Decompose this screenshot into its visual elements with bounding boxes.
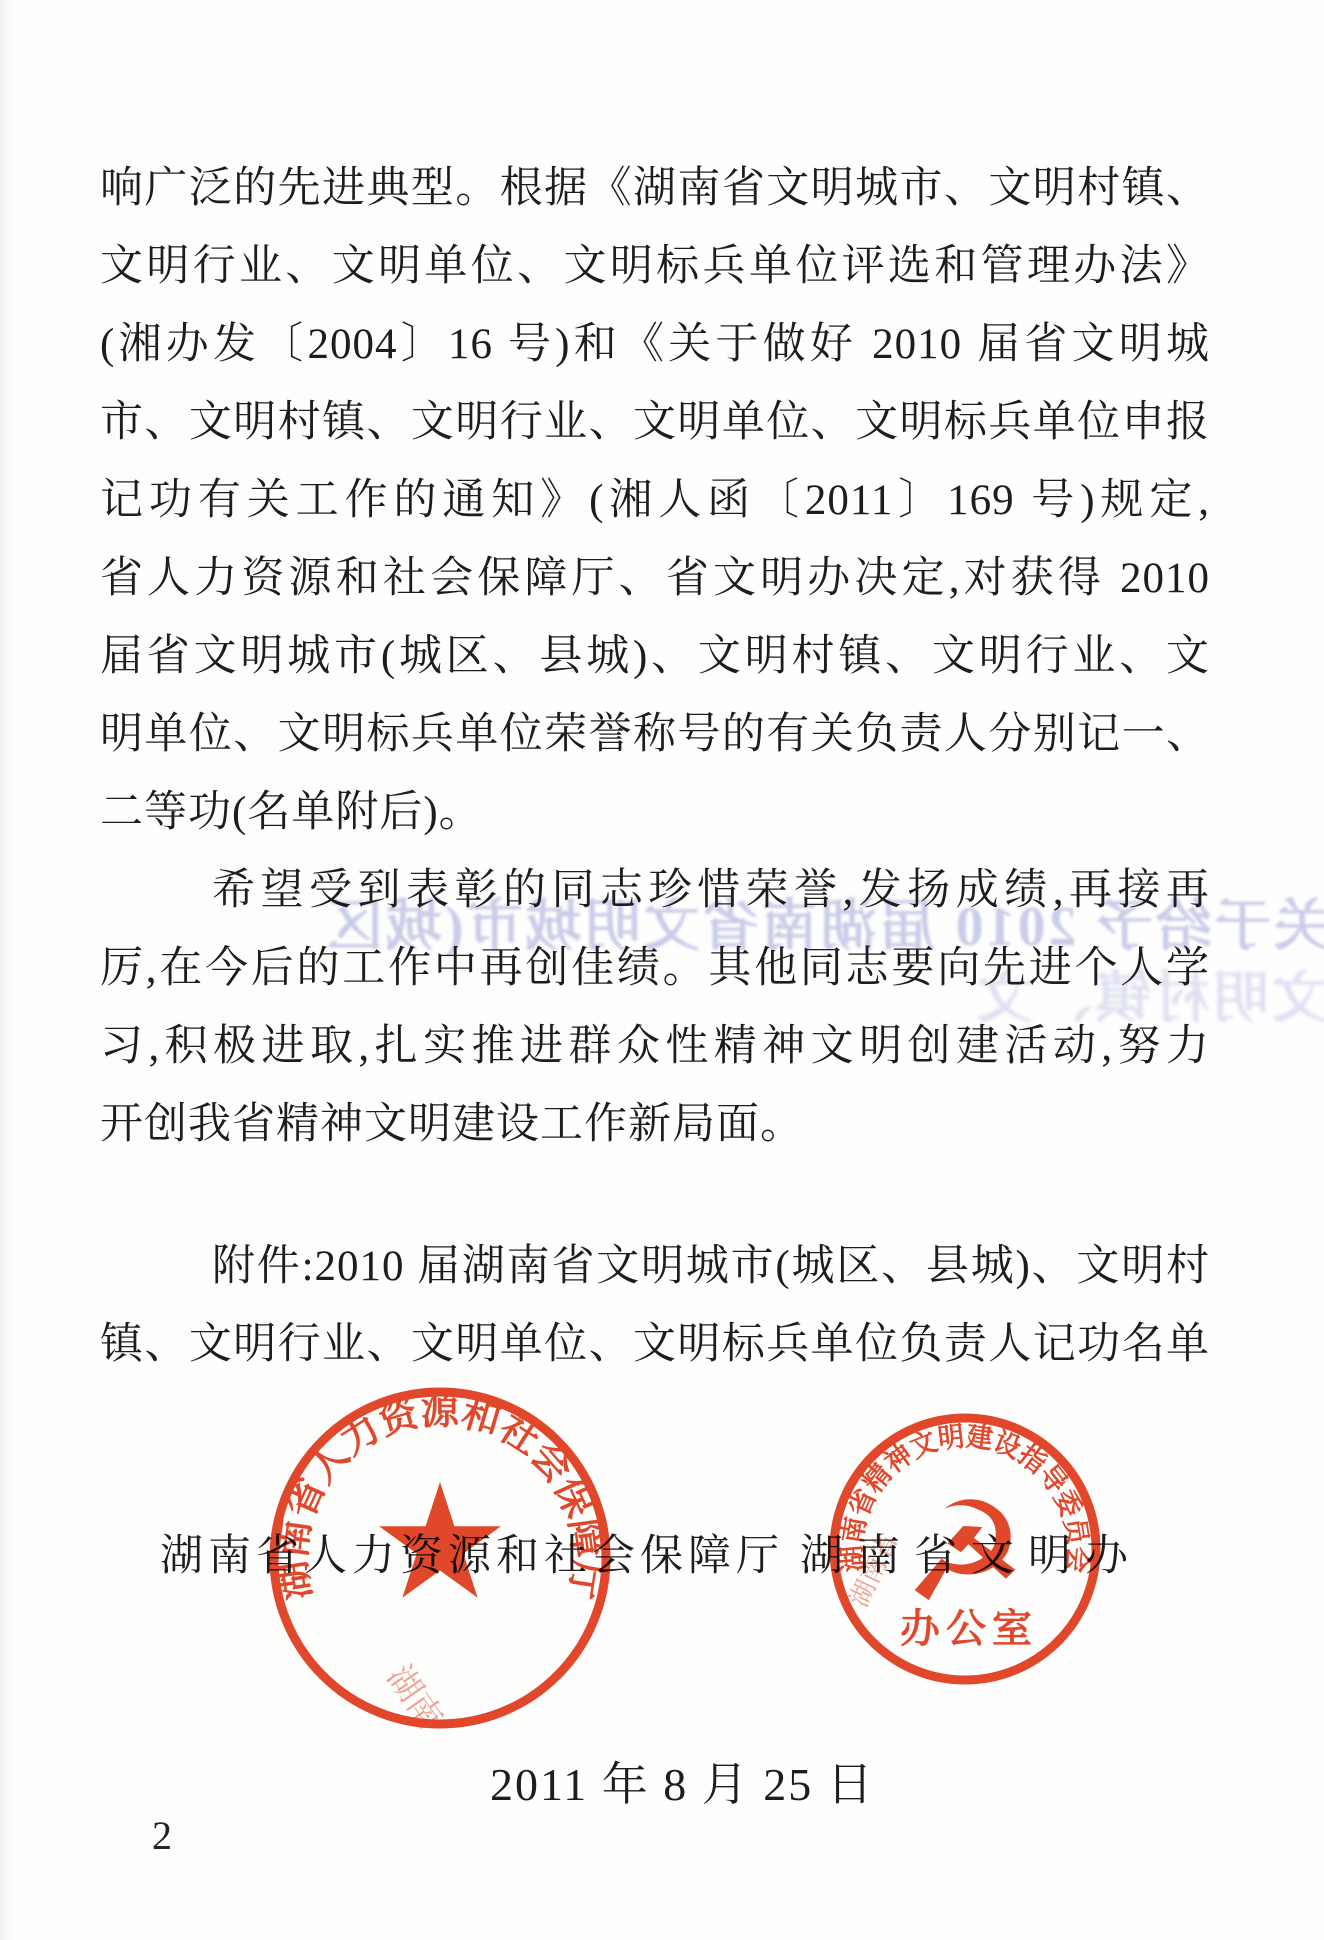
document-date: 2011 年 8 月 25 日 bbox=[490, 1748, 875, 1814]
official-seal-wenmingban: 湖南省精神文明建设指导委员会 ☭ 办公室 湖南省 bbox=[820, 1404, 1110, 1694]
body-line: 二等功(名单附后)。 bbox=[100, 774, 1210, 852]
body-line: 记功有关工作的通知》(湘人函〔2011〕169 号)规定, bbox=[100, 462, 1210, 540]
document-body: 响广泛的先进典型。根据《湖南省文明城市、文明村镇、 文明行业、文明单位、文明标兵… bbox=[100, 150, 1210, 1164]
body-line: 省人力资源和社会保障厅、省文明办决定,对获得 2010 bbox=[100, 540, 1210, 618]
body-line: 市、文明村镇、文明行业、文明单位、文明标兵单位申报 bbox=[100, 384, 1210, 462]
body-line: 厉,在今后的工作中再创佳绩。其他同志要向先进个人学 bbox=[100, 930, 1210, 1008]
body-line: 希望受到表彰的同志珍惜荣誉,发扬成绩,再接再 bbox=[100, 852, 1210, 930]
page-number: 2 bbox=[152, 1812, 172, 1859]
body-line: 届省文明城市(城区、县城)、文明村镇、文明行业、文 bbox=[100, 618, 1210, 696]
body-line: 响广泛的先进典型。根据《湖南省文明城市、文明村镇、 bbox=[100, 150, 1210, 228]
attachment-line: 镇、文明行业、文明单位、文明标兵单位负责人记功名单 bbox=[100, 1306, 1210, 1384]
seal-bottom-text: 办公室 bbox=[900, 1606, 1038, 1651]
body-line: (湘办发〔2004〕16 号)和《关于做好 2010 届省文明城 bbox=[100, 306, 1210, 384]
attachment-line: 附件:2010 届湖南省文明城市(城区、县城)、文明村 bbox=[100, 1228, 1210, 1306]
body-line: 开创我省精神文明建设工作新局面。 bbox=[100, 1086, 1210, 1164]
body-line: 习,积极进取,扎实推进群众性精神文明创建活动,努力 bbox=[100, 1008, 1210, 1086]
scanned-document-page: 关于给予 2010 届湖南省文明城市(城区 文明村镇、文 响广泛的先进典型。根据… bbox=[0, 0, 1324, 1940]
official-seal-hrss: 湖南省人力资源和社会保障厅 湖南 bbox=[258, 1376, 622, 1740]
attachment-note: 附件:2010 届湖南省文明城市(城区、县城)、文明村 镇、文明行业、文明单位、… bbox=[100, 1228, 1210, 1384]
star-icon bbox=[379, 1482, 501, 1598]
body-line: 文明行业、文明单位、文明标兵单位评选和管理办法》 bbox=[100, 228, 1210, 306]
body-line: 明单位、文明标兵单位荣誉称号的有关负责人分别记一、 bbox=[100, 696, 1210, 774]
